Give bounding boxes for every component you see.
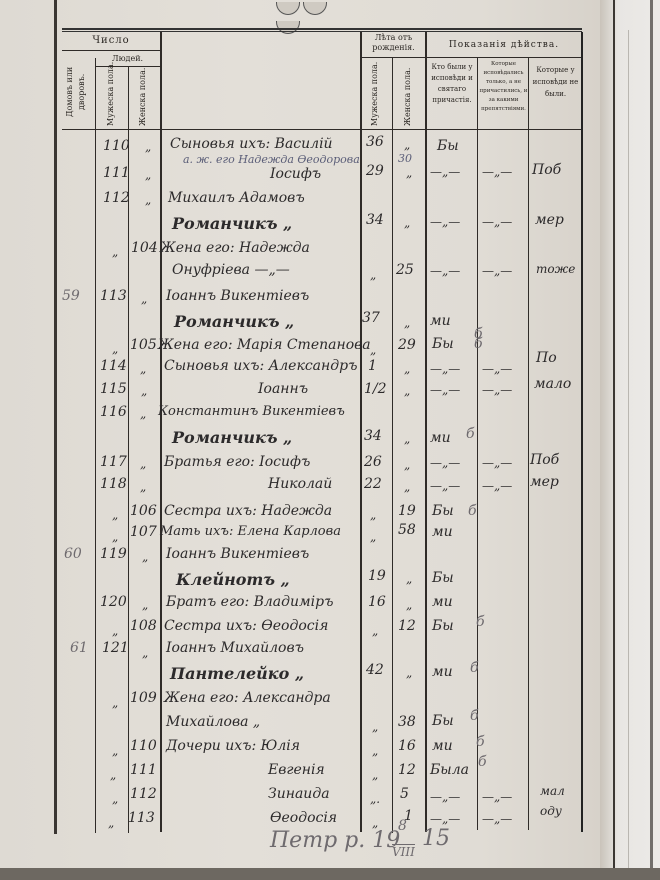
confessed-mark: ми <box>432 738 453 754</box>
age-female: 12 <box>398 762 416 778</box>
age-male: „ <box>372 768 378 782</box>
age-male: 26 <box>364 454 382 470</box>
absent-mark: мало <box>534 376 571 392</box>
confessed-only-mark: —„— <box>482 383 512 397</box>
hdr-action: Показанія дѣйства. <box>427 40 581 50</box>
age-female: 19 <box>398 503 416 519</box>
age-female: „ <box>404 384 410 398</box>
female-number: „ <box>141 292 147 306</box>
person-name: Константинъ Викентіевъ <box>158 404 345 419</box>
col-line-age-male <box>392 58 393 833</box>
confessed-mark: Бы <box>432 570 454 586</box>
person-name: Сыновья ихъ: Александръ <box>164 358 357 374</box>
age-female: „ <box>404 316 410 330</box>
age-male: 1 <box>368 358 377 374</box>
age-female: „ <box>404 138 410 152</box>
person-surname: Пантелейко „ <box>170 664 304 683</box>
person-surname: Клейнотъ „ <box>176 570 290 589</box>
pencil-tick: б <box>474 336 483 352</box>
female-number: „ <box>142 550 148 564</box>
absent-mark: Поб <box>530 452 559 468</box>
footer-year-suffix: 15 <box>422 826 450 851</box>
age-female: „ <box>404 362 410 376</box>
female-number: 105 <box>130 337 157 353</box>
confessed-mark: —„— <box>430 165 460 179</box>
pencil-tick: б <box>476 614 485 630</box>
person-surname: Романчикъ „ <box>172 428 292 447</box>
person-surname: Романчикъ „ <box>174 312 294 331</box>
male-number: 120 <box>100 594 127 610</box>
pencil-tick: б <box>470 660 479 676</box>
person-surname: Онуфріева —„— <box>172 262 290 278</box>
age-male: „ <box>372 624 378 638</box>
hdr-not-confessed: Которые у исповѣди не были. <box>530 64 581 100</box>
confessed-mark: Была <box>430 762 469 778</box>
confessed-mark: Бы <box>432 713 454 729</box>
person-name: Михаилъ Адамовъ <box>168 190 305 206</box>
age-female: 25 <box>396 262 414 278</box>
hdr-confessed-only: Которые исповѣдались только, а не причас… <box>479 60 528 114</box>
confessed-mark: —„— <box>430 479 460 493</box>
male-number: „ <box>110 768 116 782</box>
male-number: 116 <box>100 404 127 420</box>
age-male: „ <box>370 268 376 282</box>
age-male: „. <box>370 792 380 806</box>
household-number: 60 <box>64 546 82 562</box>
male-number: „ <box>112 744 118 758</box>
age-female: 29 <box>398 337 416 353</box>
age-male: 36 <box>366 134 384 150</box>
male-number: „ <box>112 245 118 259</box>
hdr-line-number <box>62 50 160 51</box>
age-male: 29 <box>366 163 384 179</box>
person-name: Дочери ихъ: Юлія <box>166 738 300 754</box>
person-name: Сестра ихъ: Өеодосія <box>164 618 328 634</box>
age-female: 12 <box>398 618 416 634</box>
confessed-mark: ми <box>432 524 453 540</box>
age-female: 38 <box>398 714 416 730</box>
age-male: „ <box>370 343 376 357</box>
age-female: „ <box>406 666 412 680</box>
person-name: Жена его: Надежда <box>160 240 310 256</box>
col-line-female <box>160 32 162 832</box>
hdr-number: Число <box>62 36 160 46</box>
hdr-persons: Людей. <box>95 54 160 64</box>
col-line-confessed-only <box>528 58 529 830</box>
person-name: Сыновья ихъ: Василій <box>170 136 333 152</box>
female-number: „ <box>145 193 151 207</box>
pencil-tick: б <box>476 734 485 750</box>
male-number: „ <box>112 696 118 710</box>
confessed-mark: —„— <box>430 383 460 397</box>
male-number: 110 <box>103 138 130 154</box>
confessed-mark: Бы <box>432 503 454 519</box>
age-female: „ <box>406 572 412 586</box>
female-number: „ <box>141 384 147 398</box>
footer-fraction-bottom: VIII <box>392 844 415 859</box>
pencil-footer-note: Петр р. 19 <box>270 828 400 853</box>
household-number: 59 <box>62 288 80 304</box>
confessed-only-mark: —„— <box>482 362 512 376</box>
age-male: 19 <box>368 568 386 584</box>
confessed-mark: ми <box>430 430 451 446</box>
person-name: Өеодосія <box>270 810 337 826</box>
female-number: „ <box>140 407 146 421</box>
male-number: 113 <box>100 288 127 304</box>
hdr-age-female: Женска пола. <box>403 62 412 126</box>
table-left-border <box>54 0 57 834</box>
page-gutter-line <box>613 0 615 870</box>
hdr-bottom-line <box>62 129 581 130</box>
female-number: 106 <box>130 503 157 519</box>
adjacent-page-border <box>650 0 653 880</box>
person-name: Іосифъ <box>270 166 321 182</box>
pencil-tick: б <box>466 426 475 442</box>
col-line-male <box>128 67 129 833</box>
age-female: 5 <box>400 786 409 802</box>
age-male: 42 <box>366 662 384 678</box>
confessed-mark: —„— <box>430 362 460 376</box>
age-female: „ <box>404 432 410 446</box>
age-female: „ <box>406 598 412 612</box>
hdr-female: Женска пола. <box>138 72 147 126</box>
person-name: Николай <box>268 476 332 492</box>
absent-mark: оду <box>540 804 562 818</box>
confessed-mark: Бы <box>432 336 454 352</box>
male-number: 114 <box>100 358 127 374</box>
age-male: „ <box>370 530 376 544</box>
age-male: „ <box>372 720 378 734</box>
confessed-mark: ми <box>432 594 453 610</box>
hdr-confessed: Кто были у исповѣди и святаго причастія. <box>427 62 477 106</box>
male-number: „ <box>112 624 118 638</box>
confessed-mark: ми <box>432 664 453 680</box>
pencil-tick: б <box>478 754 487 770</box>
person-name: Братъ его: Владиміръ <box>166 594 333 610</box>
adjacent-page-rule <box>628 30 629 880</box>
absent-mark: мал <box>540 784 565 798</box>
age-male: „ <box>372 744 378 758</box>
male-number: 119 <box>100 546 127 562</box>
female-number: 109 <box>130 690 157 706</box>
hdr-male: Мужеска пола. <box>106 72 115 126</box>
female-number: 111 <box>130 762 157 778</box>
absent-mark: Поб <box>532 162 561 178</box>
male-number: 118 <box>100 476 127 492</box>
age-male: „ <box>370 508 376 522</box>
absent-mark: мер <box>535 212 564 228</box>
confessed-mark: —„— <box>430 456 460 470</box>
person-name: Сестра ихъ: Надежда <box>164 503 332 519</box>
pencil-tick: б <box>468 503 477 519</box>
confessed-only-mark: —„— <box>482 812 512 826</box>
person-name: Жена его: Марія Степанова <box>158 337 371 353</box>
age-male: 16 <box>368 594 386 610</box>
col-line-households <box>95 58 96 833</box>
emblem-ornament-icon <box>276 0 356 12</box>
age-female: 16 <box>398 738 416 754</box>
female-number: „ <box>145 140 151 154</box>
hdr-households: Домовъ или дворовъ. <box>64 58 92 126</box>
male-number: 117 <box>100 454 127 470</box>
page-bottom-edge <box>0 868 660 880</box>
col-line-age-female <box>425 32 427 832</box>
hdr-line-age-action <box>360 57 581 58</box>
person-name: Жена его: Александра <box>164 690 331 706</box>
male-number: „ <box>112 342 118 356</box>
household-number: 61 <box>70 640 88 656</box>
table-right-border <box>581 32 583 832</box>
person-name: Іоаннъ Михайловъ <box>166 640 304 656</box>
age-female: 58 <box>398 522 416 538</box>
confessed-only-mark: —„— <box>482 165 512 179</box>
pencil-annotation: а. ж. его Надежда Өеодорова <box>183 153 360 166</box>
female-number: „ <box>140 480 146 494</box>
age-male: 34 <box>364 428 382 444</box>
absent-mark: тоже <box>536 262 575 276</box>
age-female: „ <box>404 480 410 494</box>
male-number: 121 <box>102 640 129 656</box>
female-number: 112 <box>130 786 157 802</box>
confessed-mark: —„— <box>430 812 460 826</box>
table-top-rule <box>62 28 582 30</box>
absent-mark: мер <box>530 474 559 490</box>
female-number: 108 <box>130 618 157 634</box>
confessed-mark: —„— <box>430 790 460 804</box>
confessed-mark: Бы <box>432 618 454 634</box>
person-name: Евгенія <box>268 762 325 778</box>
male-number: 112 <box>103 190 130 206</box>
pencil-tick: б <box>470 708 479 724</box>
male-number: „ <box>112 792 118 806</box>
hdr-age: Лѣта отъ рожденія. <box>362 33 425 53</box>
female-number: „ <box>142 598 148 612</box>
person-name: Іоаннъ Викентіевъ <box>166 288 309 304</box>
confessed-only-mark: —„— <box>482 479 512 493</box>
female-number: „ <box>145 168 151 182</box>
footer-fraction-top: 8 <box>398 818 407 834</box>
female-number: 113 <box>128 810 155 826</box>
confessed-mark: —„— <box>430 215 460 229</box>
confessed-mark: Бы <box>437 138 459 154</box>
person-surname: Михайлова „ <box>166 714 260 730</box>
person-name: Братья его: Іосифъ <box>164 454 310 470</box>
confessed-only-mark: —„— <box>482 456 512 470</box>
age-male: 37 <box>362 310 380 326</box>
female-number: 110 <box>130 738 157 754</box>
person-name: Іоаннъ <box>258 381 308 397</box>
confessed-only-mark: —„— <box>482 215 512 229</box>
female-number: „ <box>142 646 148 660</box>
confessed-only-mark: —„— <box>482 264 512 278</box>
person-name: Мать ихъ: Елена Карлова <box>160 524 341 539</box>
age-female: „ <box>404 216 410 230</box>
male-number: „ <box>108 816 114 830</box>
hdr-line-persons <box>95 66 160 67</box>
hdr-age-male: Мужеска пола. <box>370 62 379 126</box>
age-male: 34 <box>366 212 384 228</box>
female-number: 107 <box>130 524 157 540</box>
confessed-only-mark: —„— <box>482 790 512 804</box>
female-number: „ <box>140 362 146 376</box>
confessed-mark: ми <box>430 313 451 329</box>
female-number: 104 <box>131 240 158 256</box>
person-name: Зинаида <box>268 786 330 802</box>
pencil-annotation-age: 30 <box>398 152 412 165</box>
age-female: „ <box>406 166 412 180</box>
age-female: „ <box>404 458 410 472</box>
male-number: „ <box>112 530 118 544</box>
absent-mark: По <box>536 350 557 366</box>
female-number: „ <box>140 457 146 471</box>
age-male: 22 <box>364 476 382 492</box>
person-name: Іоаннъ Викентіевъ <box>166 546 309 562</box>
male-number: „ <box>112 508 118 522</box>
person-surname: Романчикъ „ <box>172 214 292 233</box>
table-top-rule-inner <box>62 31 582 32</box>
col-line-name <box>360 32 362 832</box>
male-number: 115 <box>100 381 127 397</box>
age-male: 1/2 <box>364 381 387 397</box>
confessed-mark: —„— <box>430 264 460 278</box>
male-number: 111 <box>103 165 130 181</box>
